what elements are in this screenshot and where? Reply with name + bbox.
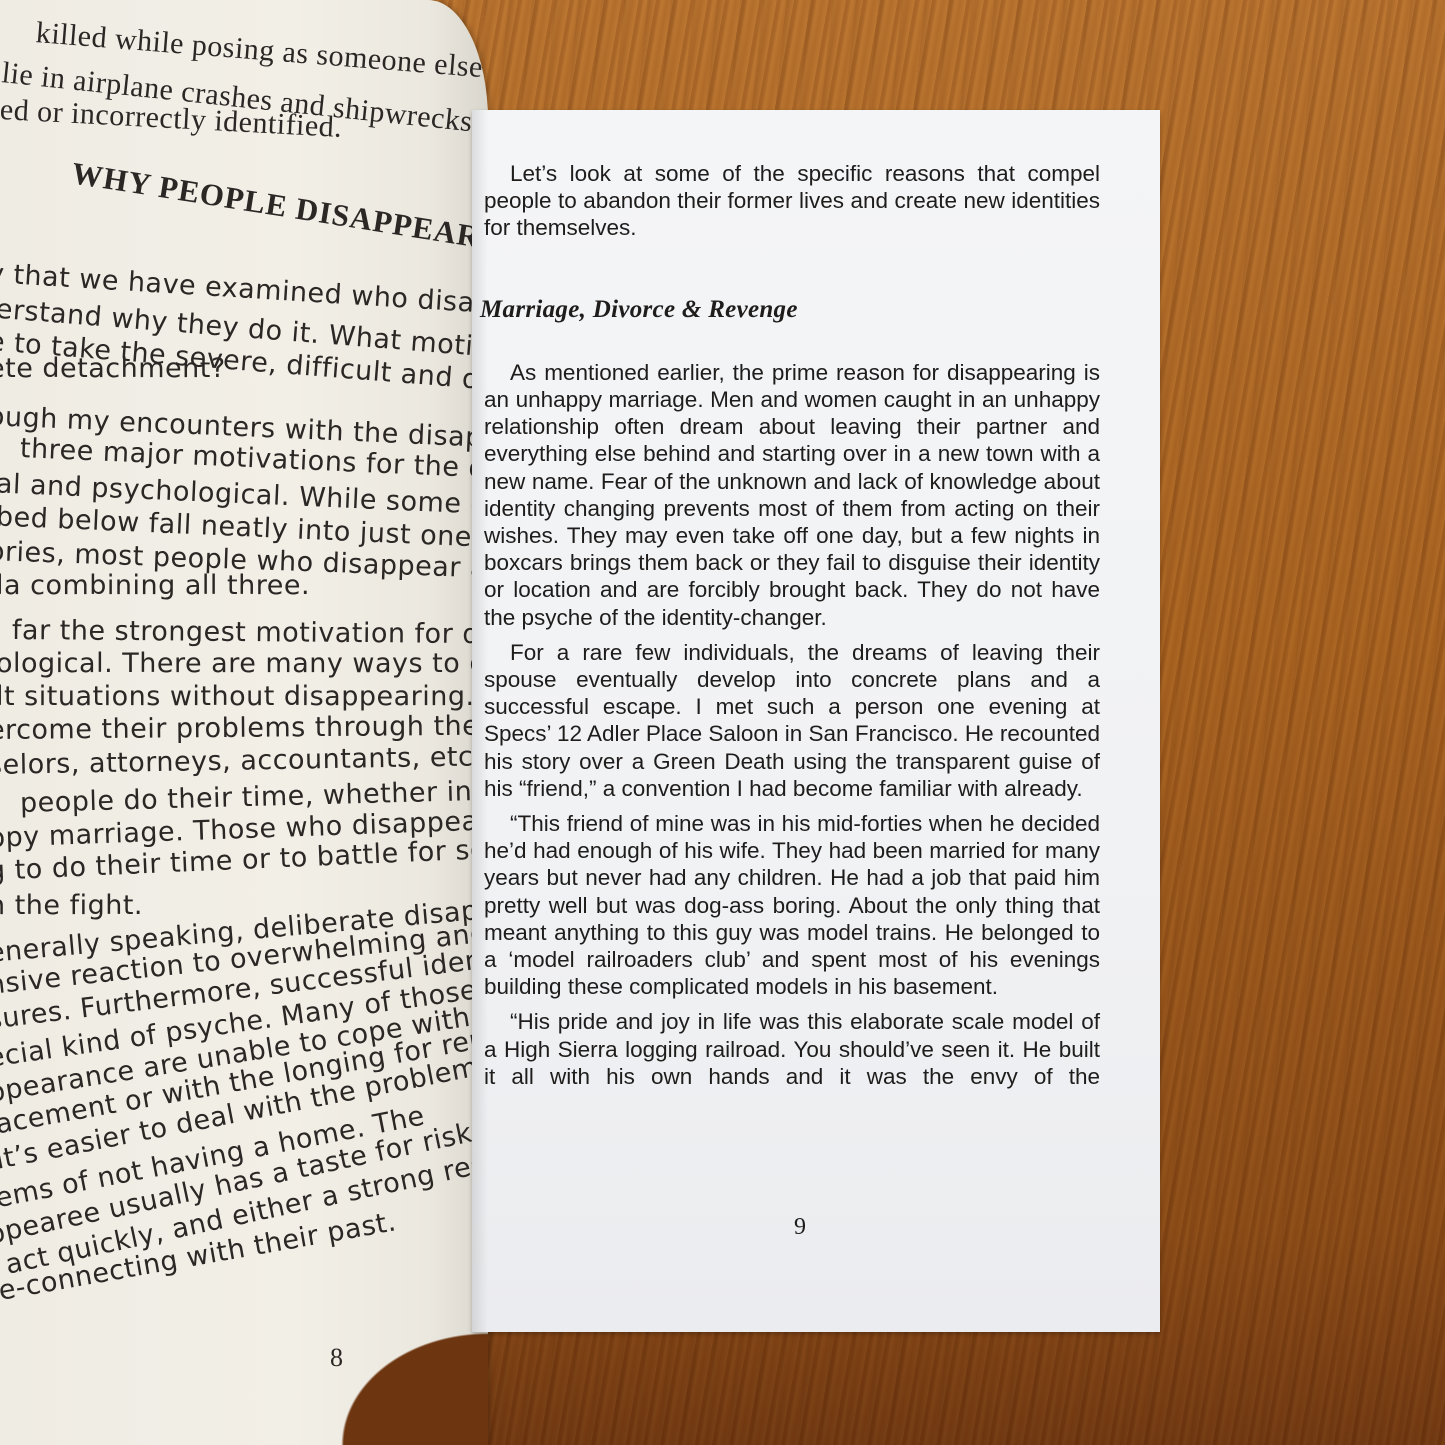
- left-line: ercome their problems through the use o: [0, 710, 488, 746]
- body-paragraph: “This friend of mine was in his mid-fort…: [484, 810, 1100, 1000]
- page-number-right: 9: [472, 1214, 1128, 1241]
- left-line: ıla combining all three.: [0, 570, 310, 601]
- right-page-content: Let’s look at some of the specific reaso…: [484, 160, 1100, 1098]
- left-line: ıological. There are many ways to deal: [0, 648, 488, 679]
- left-page: killed while posing as someone else. Ma …: [0, 0, 488, 1445]
- left-line: ılt situations without disappearing. Mos…: [0, 681, 488, 712]
- intro-paragraph: Let’s look at some of the specific reaso…: [484, 160, 1100, 242]
- right-page: Let’s look at some of the specific reaso…: [472, 110, 1160, 1332]
- left-line: selors, attorneys, accountants, etc. Whe…: [0, 740, 488, 781]
- body-paragraph: As mentioned earlier, the prime reason f…: [484, 359, 1100, 631]
- body-paragraph: For a rare few individuals, the dreams o…: [484, 639, 1100, 802]
- left-line: n the fight.: [0, 890, 143, 921]
- section-heading: Marriage, Divorce & Revenge: [480, 296, 1100, 323]
- body-paragraph: “His pride and joy in life was this elab…: [484, 1008, 1100, 1090]
- chapter-heading: WHY PEOPLE DISAPPEAR: [69, 155, 483, 255]
- left-line: ete detachment?: [0, 353, 226, 384]
- page-number-left: 8: [330, 1343, 343, 1373]
- left-line: far the strongest motivation for disap: [12, 615, 488, 651]
